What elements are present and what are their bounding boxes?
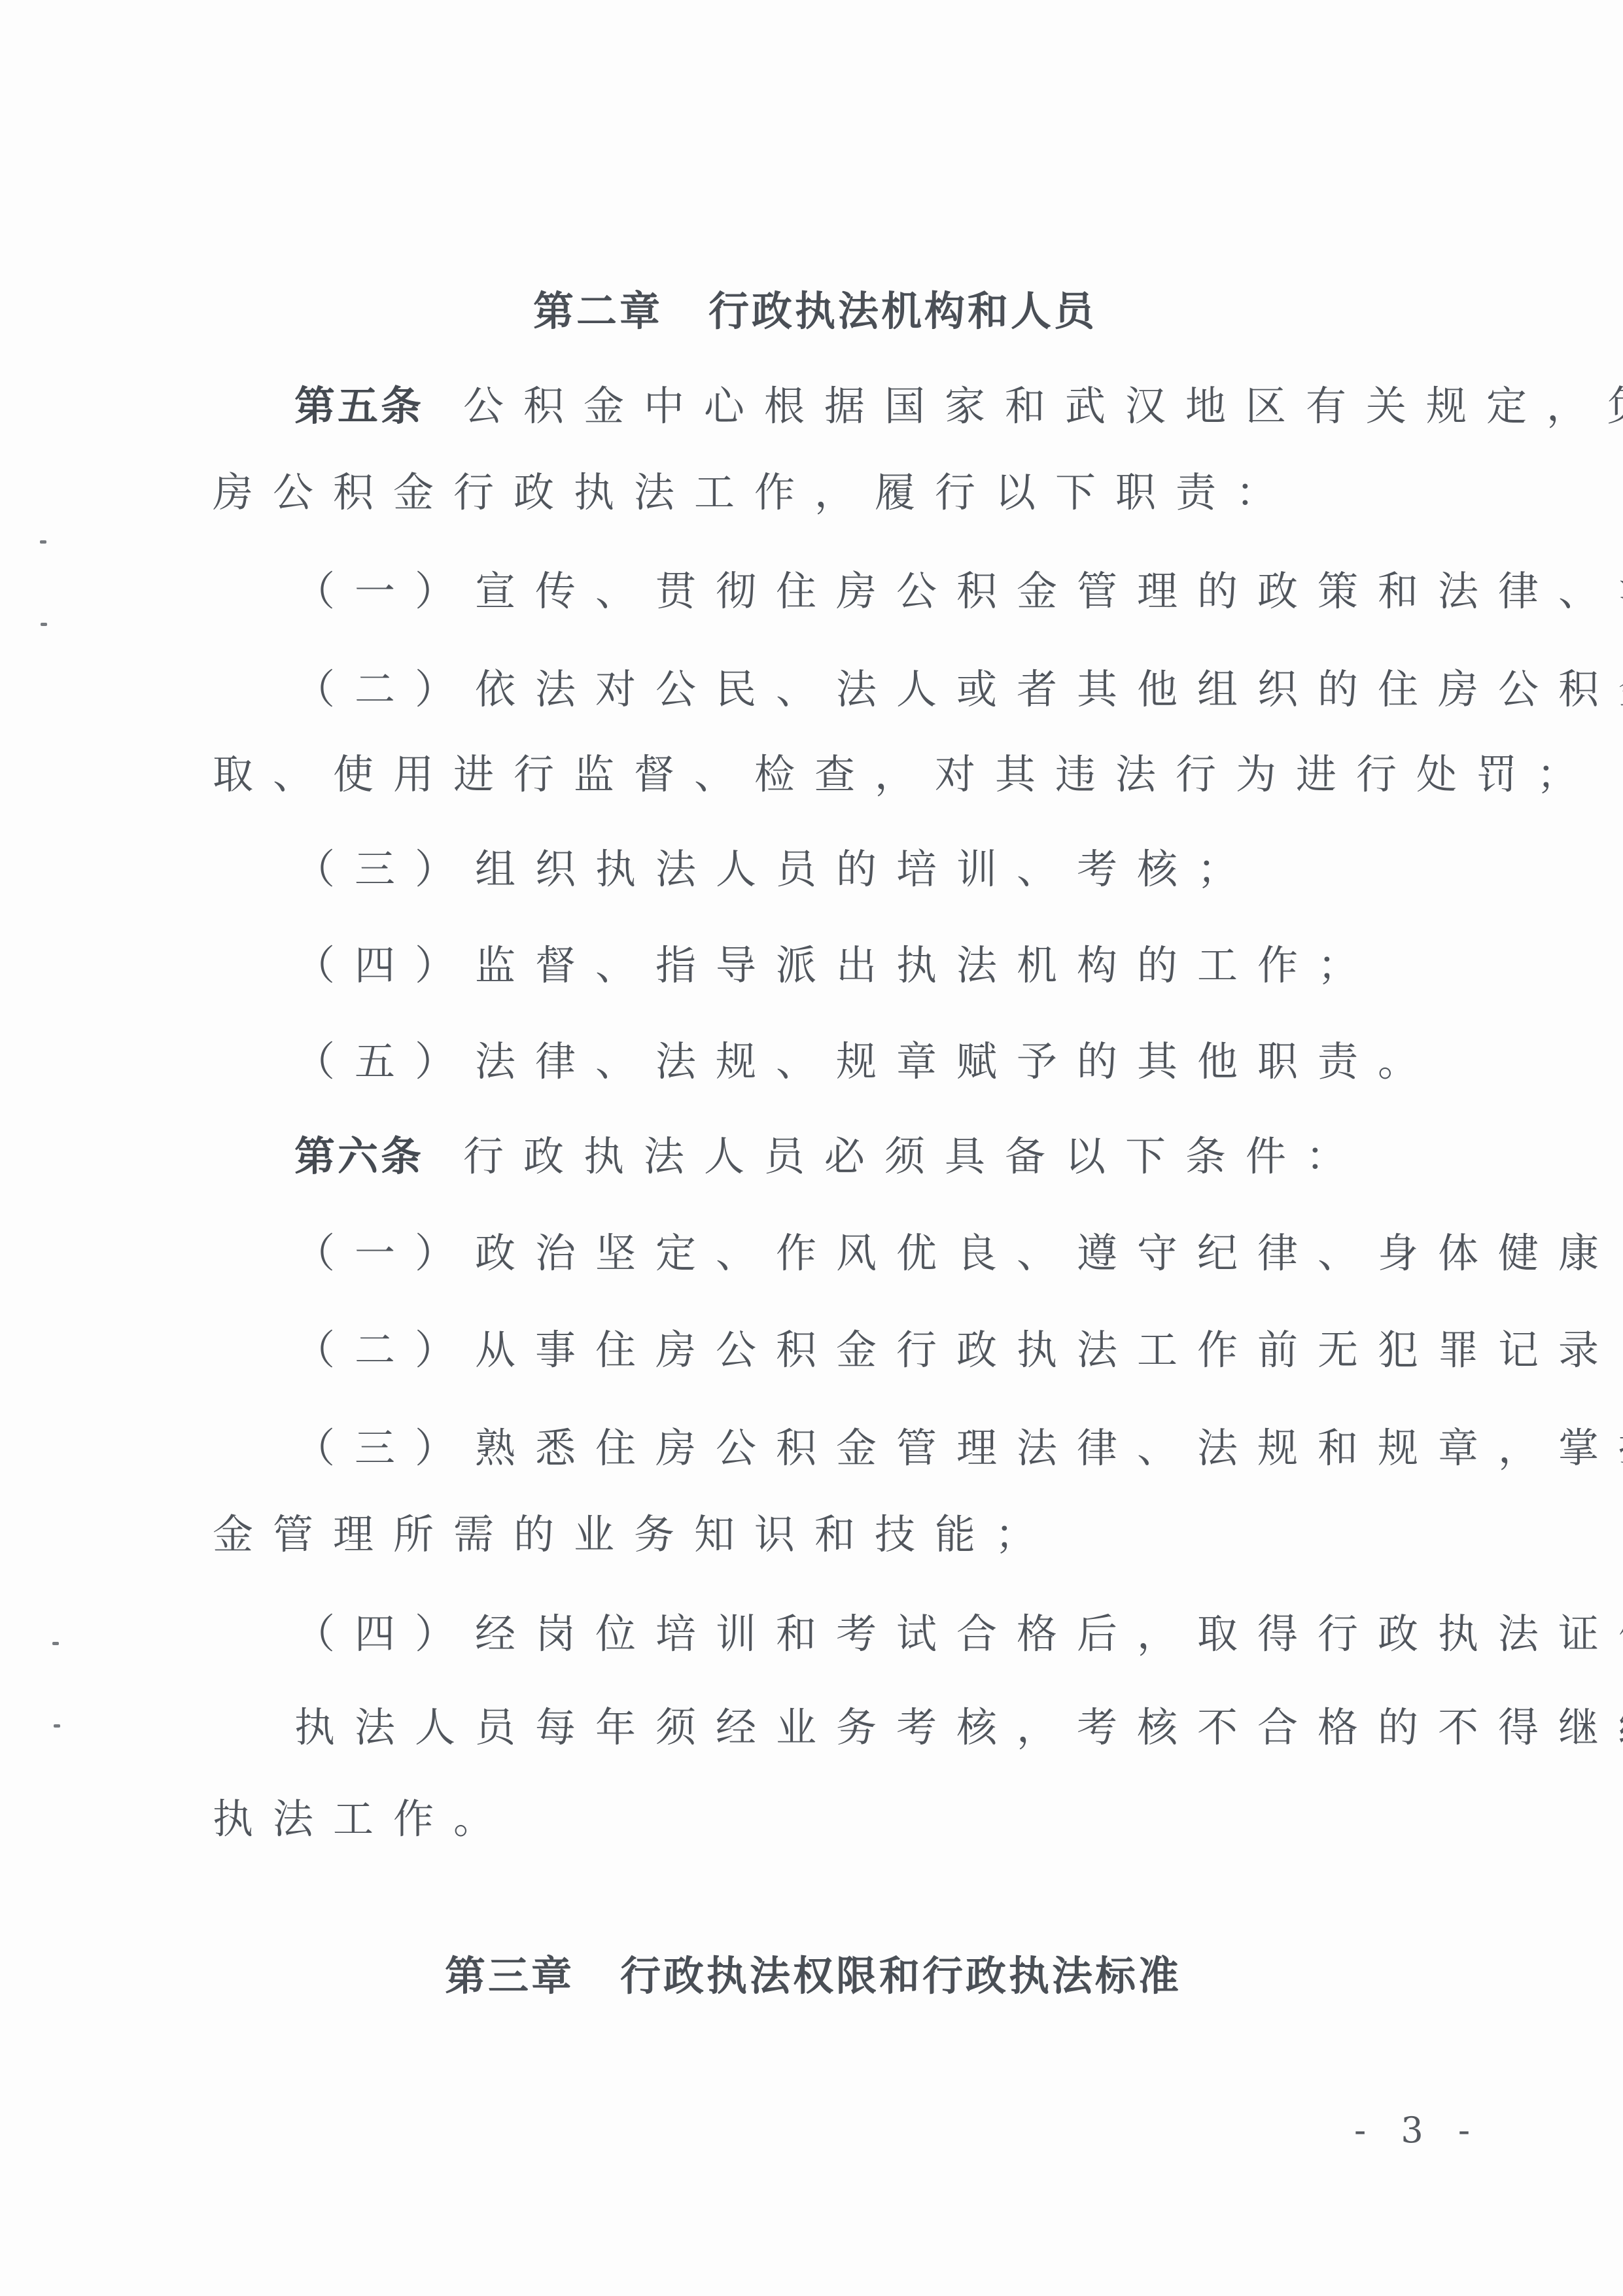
article-6-item-3-line-2: 金管理所需的业务知识和技能；	[213, 1505, 1420, 1565]
article-6-line-1: 第六条行政执法人员必须具备以下条件：	[294, 1126, 1501, 1187]
chapter-title: 行政执法机构和人员	[708, 287, 1097, 335]
article-6-text: 行政执法人员必须具备以下条件：	[463, 1132, 1366, 1180]
chapter-number: 第二章	[533, 287, 663, 335]
binding-mark	[52, 1642, 59, 1645]
chapter-number: 第三章	[445, 1952, 574, 2000]
article-6-note-line-1: 执法人员每年须经业务考核，考核不合格的不得继续从事行政	[294, 1697, 1501, 1758]
binding-mark	[41, 623, 47, 626]
article-5-line-2: 房公积金行政执法工作，履行以下职责：	[213, 462, 1420, 523]
article-6-item-3-line-1: （三）熟悉住房公积金管理法律、法规和规章，掌握住房公积	[294, 1418, 1501, 1478]
binding-mark	[54, 1724, 60, 1728]
article-6-item-2: （二）从事住房公积金行政执法工作前无犯罪记录；	[294, 1320, 1501, 1380]
chapter-3-heading: 第三章行政执法权限和行政执法标准	[445, 1946, 1181, 2006]
article-5-item-2-line-1: （二）依法对公民、法人或者其他组织的住房公积金缴存、提	[294, 659, 1501, 720]
page-number: - 3 -	[1354, 2110, 1482, 2151]
binding-mark	[40, 540, 46, 544]
article-5-item-4: （四）监督、指导派出执法机构的工作；	[294, 935, 1501, 996]
article-5-label: 第五条	[294, 382, 424, 430]
article-5-item-2-line-2: 取、使用进行监督、检查，对其违法行为进行处罚；	[213, 744, 1420, 805]
article-5-text: 公积金中心根据国家和武汉地区有关规定，负责住	[463, 382, 1623, 430]
article-6-item-1: （一）政治坚定、作风优良、遵守纪律、身体健康；	[294, 1223, 1501, 1283]
article-5-item-3: （三）组织执法人员的培训、考核；	[294, 839, 1501, 899]
article-5-line-1: 第五条公积金中心根据国家和武汉地区有关规定，负责住	[294, 376, 1501, 436]
article-5-item-5: （五）法律、法规、规章赋予的其他职责。	[294, 1032, 1501, 1092]
article-6-note-line-2: 执法工作。	[213, 1789, 1420, 1849]
article-6-label: 第六条	[294, 1132, 424, 1180]
chapter-title: 行政执法权限和行政执法标准	[620, 1952, 1181, 2000]
chapter-2-heading: 第二章行政执法机构和人员	[533, 281, 1097, 341]
article-5-item-1: （一）宣传、贯彻住房公积金管理的政策和法律、法规；	[294, 561, 1501, 621]
document-page: 第二章行政执法机构和人员 第五条公积金中心根据国家和武汉地区有关规定，负责住 房…	[0, 0, 1623, 2296]
article-6-item-4: （四）经岗位培训和考试合格后，取得行政执法证件。	[294, 1604, 1501, 1664]
